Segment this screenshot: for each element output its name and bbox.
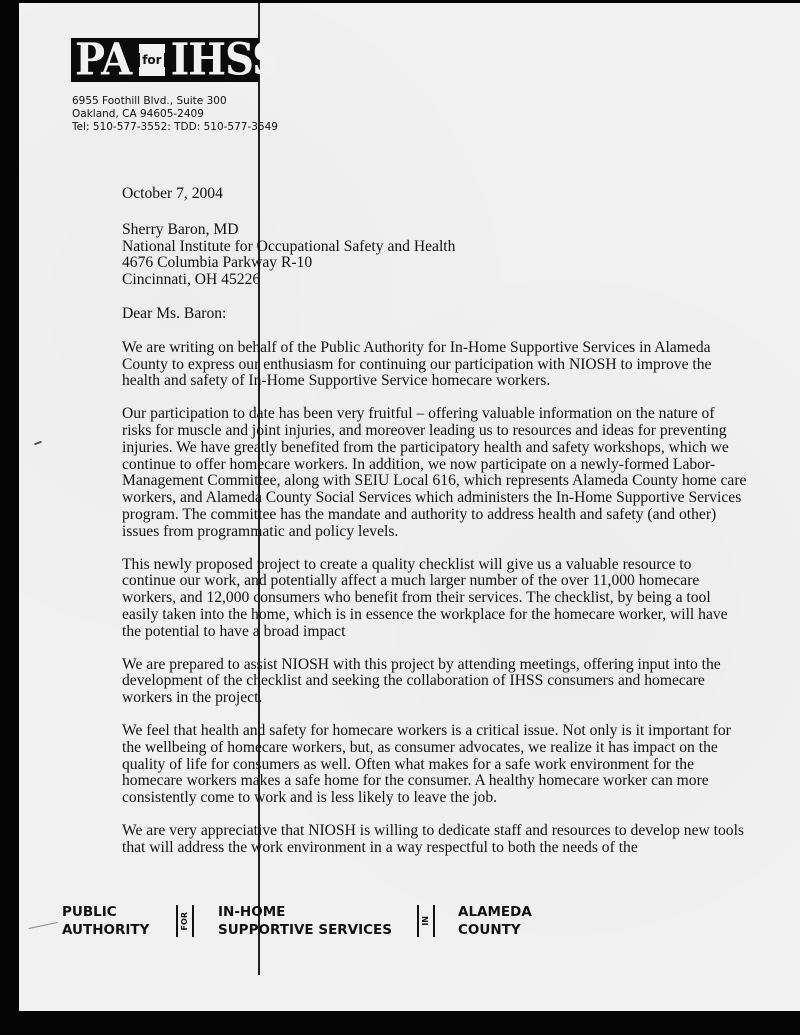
logo-pa: PA	[75, 36, 131, 84]
footer-public-authority: PUBLIC AUTHORITY	[62, 903, 149, 939]
salutation: Dear Ms. Baron:	[122, 306, 747, 323]
recipient-city: Cincinnati, OH 45226	[122, 272, 747, 289]
footer-in-separator: IN	[417, 905, 435, 937]
footer-in-home-supportive-services: IN-HOME SUPPORTIVE SERVICES	[218, 903, 392, 939]
footer-for-separator: FOR	[176, 905, 194, 937]
recipient-organization: National Institute for Occupational Safe…	[122, 239, 747, 256]
address-street: 6955 Foothill Blvd., Suite 300	[72, 95, 278, 108]
paragraph: We are writing on behalf of the Public A…	[122, 340, 747, 390]
address-city: Oakland, CA 94605-2409	[72, 108, 278, 121]
paragraph: We are very appreciative that NIOSH is w…	[122, 823, 747, 857]
address-phone: Tel: 510-577-3552: TDD: 510-577-3549	[72, 121, 278, 134]
letter-body: October 7, 2004 Sherry Baron, MD Nationa…	[122, 186, 747, 873]
logo-for: for	[139, 44, 164, 76]
recipient-block: Sherry Baron, MD National Institute for …	[122, 222, 747, 289]
footer-alameda-county: ALAMEDA COUNTY	[458, 903, 532, 939]
recipient-street: 4676 Columbia Parkway R-10	[122, 255, 747, 272]
paragraph: Our participation to date has been very …	[122, 406, 747, 540]
letterhead-address: 6955 Foothill Blvd., Suite 300 Oakland, …	[72, 95, 278, 134]
paragraph: We are prepared to assist NIOSH with thi…	[122, 657, 747, 707]
recipient-name: Sherry Baron, MD	[122, 222, 747, 239]
paragraph: We feel that health and safety for homec…	[122, 723, 747, 807]
paragraph: This newly proposed project to create a …	[122, 557, 747, 641]
pa-for-ihss-logo: PA for IHSS	[71, 38, 259, 82]
letter-date: October 7, 2004	[122, 186, 747, 203]
logo-ihss: IHSS	[171, 36, 280, 84]
footer-organization-banner: PUBLIC AUTHORITY FOR IN-HOME SUPPORTIVE …	[0, 903, 800, 943]
